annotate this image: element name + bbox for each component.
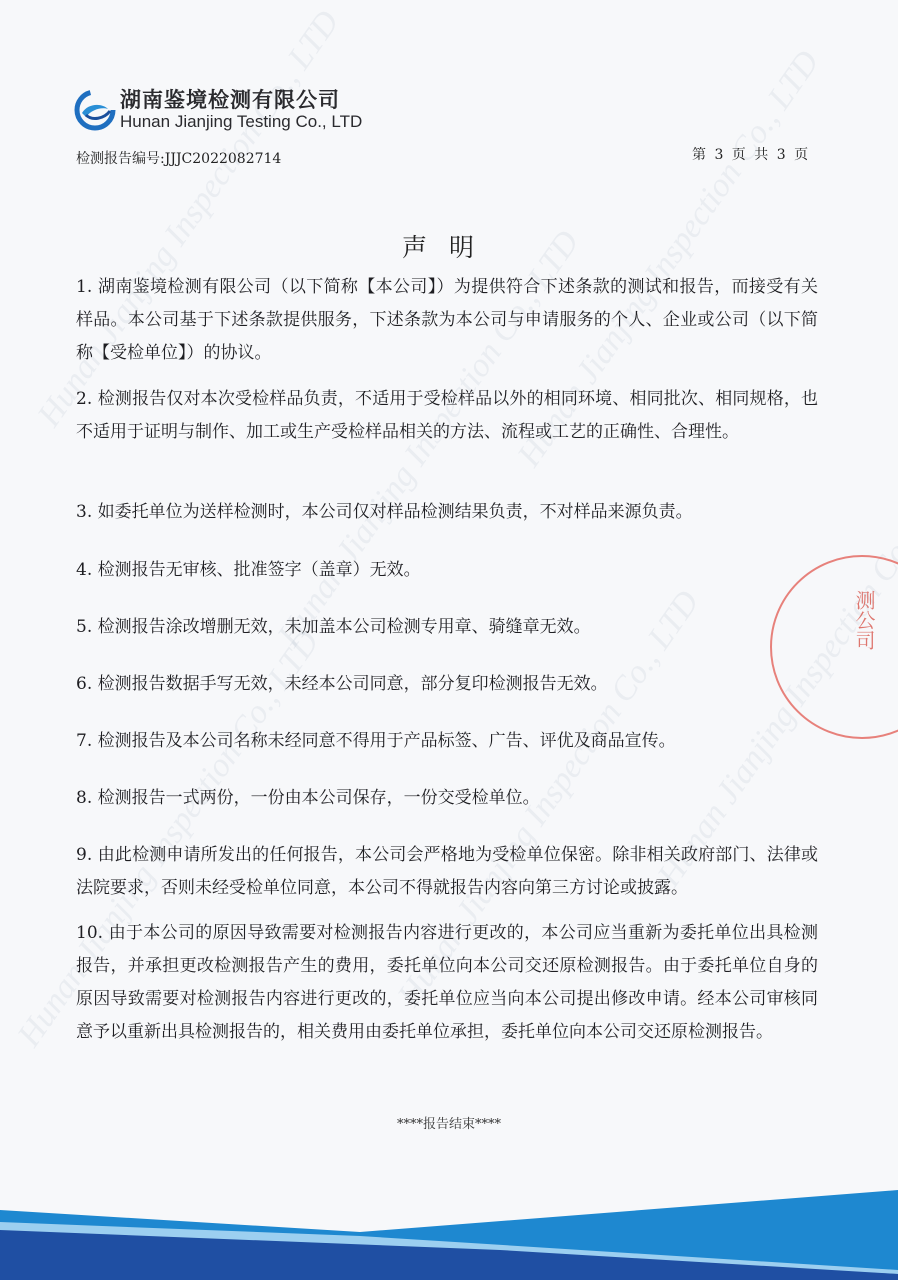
footer-wave-decoration <box>0 1170 898 1280</box>
company-logo: 湖南鉴境检测有限公司 Hunan Jianjing Testing Co., L… <box>74 88 362 132</box>
clause-8: 8. 检测报告一式两份，一份由本公司保存，一份交受检单位。 <box>76 782 818 815</box>
clause-1: 1. 湖南鉴境检测有限公司（以下简称【本公司】）为提供符合下述条款的测试和报告，… <box>76 271 818 370</box>
clause-10: 10. 由于本公司的原因导致需要对检测报告内容进行更改的，本公司应当重新为委托单… <box>76 917 818 1049</box>
report-number-label: 检测报告编号: <box>76 151 165 167</box>
clause-3: 3. 如委托单位为送样检测时，本公司仅对样品检测结果负责，不对样品来源负责。 <box>76 496 818 529</box>
page-indicator: 第 3 页 共 3 页 <box>692 144 808 164</box>
clause-5: 5. 检测报告涂改增删无效，未加盖本公司检测专用章、骑缝章无效。 <box>76 611 818 644</box>
company-logo-icon <box>74 89 116 131</box>
clause-9: 9. 由此检测申请所发出的任何报告，本公司会严格地为受检单位保密。除非相关政府部… <box>76 839 818 905</box>
page-title: 声明 <box>0 228 898 264</box>
seal-text: 测公司 <box>846 590 876 650</box>
company-name-cn: 湖南鉴境检测有限公司 <box>120 88 362 112</box>
clause-4: 4. 检测报告无审核、批准签字（盖章）无效。 <box>76 554 818 587</box>
report-end-mark: ****报告结束**** <box>0 1113 898 1132</box>
clause-7: 7. 检测报告及本公司名称未经同意不得用于产品标签、广告、评优及商品宣传。 <box>76 725 818 758</box>
report-number-value: JJJC2022082714 <box>165 151 282 167</box>
clause-6: 6. 检测报告数据手写无效，未经本公司同意，部分复印检测报告无效。 <box>76 668 818 701</box>
clause-2: 2. 检测报告仅对本次受检样品负责，不适用于受检样品以外的相同环境、相同批次、相… <box>76 383 818 449</box>
report-number: 检测报告编号:JJJC2022082714 <box>76 148 281 168</box>
company-name-en: Hunan Jianjing Testing Co., LTD <box>120 112 362 132</box>
